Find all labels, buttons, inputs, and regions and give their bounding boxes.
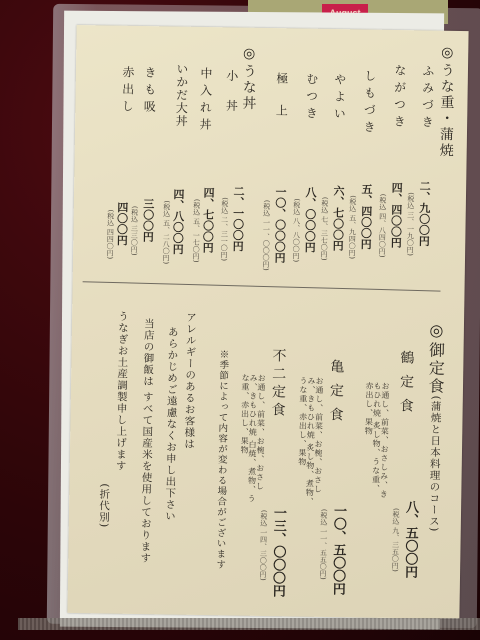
seasonal-note: ※季節によって内容が変わる場合がございます (214, 349, 227, 589)
menu-item-name: 極上 (275, 72, 288, 136)
course-tax: (税込 一四、三〇〇円) (259, 510, 267, 581)
souvenir-note: うなぎお土産調製申し上げます (115, 311, 128, 472)
menu-item-tax: (税込 三、一九〇円) (406, 192, 414, 256)
menu-item-name: ふみづき (421, 64, 434, 132)
menu-item-price: 八、〇〇〇円 (304, 187, 316, 253)
menu-item-name: むつき (305, 73, 318, 124)
course-price: 一三、〇〇〇円 (271, 506, 285, 597)
course-contents: お通し、前菜、お椀、おさしみ、きもひれ焼 白焼、煮物、うな重、赤出し、果物 (239, 374, 265, 506)
menu-item-name: 中入れ丼 (199, 67, 212, 135)
menu-page: ◎うな重・蒲焼 ふみづき 二、九〇〇円 (税込 三、一九〇円) ながつき 四、四… (67, 25, 468, 619)
menu-item-price: 四〇〇円 (116, 202, 128, 246)
course-name: 亀定食 (328, 359, 343, 431)
menu-item-price: 二、一〇〇円 (232, 185, 244, 251)
menu-item-price: 二、九〇〇円 (418, 180, 430, 246)
menu-item-price: 一〇、〇〇〇円 (274, 186, 286, 263)
menu-item-price: 四、四〇〇円 (390, 182, 402, 248)
menu-item-name: ながつき (393, 64, 406, 132)
section-divider (83, 281, 441, 291)
menu-item-name: 小丼 (225, 69, 238, 129)
course-price: 八、五〇〇円 (403, 500, 417, 578)
unaju-heading: ◎うな重・蒲焼 (439, 45, 455, 159)
course-tax: (税込 一一、五五〇円) (319, 509, 327, 580)
menu-item-tax: (税込 四四〇円) (106, 209, 114, 259)
menu-item-tax: (税込 五、一七〇円) (192, 199, 200, 263)
menu-item-tax: (税込 三三〇円) (130, 206, 138, 256)
menu-item-price: 三〇〇円 (142, 198, 154, 242)
course-price: 一〇、五〇〇円 (331, 504, 345, 595)
course-tax: (税込 九、三五〇円) (391, 508, 399, 572)
allergy-note-2: あらかじめご遠慮なくお申し出下さい (164, 326, 178, 522)
menu-item-name: しもづき (363, 69, 376, 137)
menu-item-tax: (税込 一一、〇〇〇円) (262, 200, 270, 271)
course-contents: お通し、前菜、おさしみ、きもひれ焼 炙し物、うな重、赤出し、果物 (363, 382, 389, 502)
rice-note: 当店の御飯は すべて国産米を使用しております (140, 318, 154, 564)
allergy-note: アレルギーのあるお客様は (183, 312, 196, 450)
menu-item-tax: (税込 二、三一〇円) (220, 197, 228, 261)
menu-item-name: やよい (333, 73, 346, 124)
menu-item-tax: (税込 八、八〇〇円) (292, 198, 300, 262)
menu-item-tax: (税込 五、九四〇円) (348, 195, 356, 259)
sleeve-bottom-edge (18, 618, 480, 630)
menu-item-price: 六、七〇〇円 (332, 185, 344, 251)
menu-item-name: きも吸 (143, 66, 156, 117)
menu-item-tax: (税込 七、三七〇円) (320, 197, 328, 261)
course-name: 不二定食 (270, 348, 285, 420)
menu-item-name: いかだ大丼 (175, 63, 188, 128)
menu-item-tax: (税込 五、二八〇円) (162, 200, 170, 264)
teishoku-subheading: (蒲焼と日本料理のコース) (428, 396, 441, 533)
course-name: 鶴定食 (398, 350, 413, 422)
box-fee-note: (折代別) (98, 483, 109, 528)
menu-item-price: 四、八〇〇円 (172, 188, 184, 254)
menu-item-price: 五、四〇〇円 (360, 183, 372, 249)
menu-item-name: 赤出し (121, 66, 134, 117)
course-contents: お通し、前菜、お椀、おさしみ、きもひれ焼 炙し物、煮物、うな重、赤出し、果物 (297, 376, 323, 506)
unadon-heading: ◎うな丼 (241, 46, 256, 112)
menu-item-tax: (税込 四、八四〇円) (378, 194, 386, 258)
menu-item-price: 四、七〇〇円 (202, 187, 214, 253)
teishoku-heading: ◎御定食 (427, 321, 444, 396)
